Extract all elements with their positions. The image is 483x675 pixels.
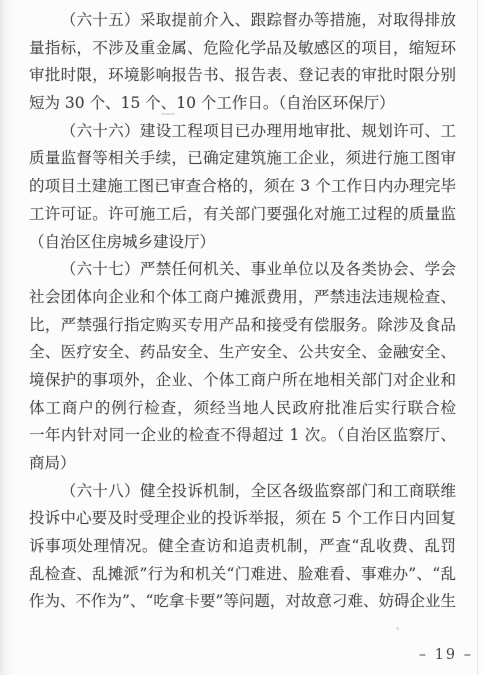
paragraph-section-67: （六十七）严禁任何机关、事业单位以及各类协会、学会等 社会团体向企业和个体工商户… [29, 256, 456, 478]
paragraph-line: （六十六）建设工程项目已办理用地审批、规划许可、工程 [29, 118, 456, 146]
scan-artifact-dash [161, 113, 175, 115]
paragraph-section-68: （六十八）健全投诉机制，全区各级监察部门和工商联维权 投诉中心要及时受理企业的投… [29, 478, 456, 616]
paragraph-line: 审批时限，环境影响报告书、报告表、登记表的审批时限分别缩 [29, 62, 456, 90]
paragraph-line: 体工商户的例行检查，须经当地人民政府批准后实行联合检查， [29, 395, 456, 423]
paragraph-line: 境保护的事项外，企业、个体工商户所在地相关部门对企业和个 [29, 367, 456, 395]
paragraph-line: 短为 30 个、15 个、10 个工作日。（自治区环保厅） [29, 90, 456, 118]
paragraph-line: 全、医疗安全、药品安全、生产安全、公共安全、金融安全、环 [29, 339, 456, 367]
document-text-block: （六十五）采取提前介入、跟踪督办等措施，对取得排放总 量指标，不涉及重金属、危险… [29, 7, 456, 616]
paragraph-line: 诉事项处理情况。健全查访和追责机制，严查“乱收费、乱罚款、 [29, 533, 456, 561]
paragraph-section-65: （六十五）采取提前介入、跟踪督办等措施，对取得排放总 量指标，不涉及重金属、危险… [29, 7, 456, 118]
page-number: – 19 – [419, 645, 473, 665]
paragraph-line: （六十五）采取提前介入、跟踪督办等措施，对取得排放总 [29, 7, 456, 35]
scan-edge-line [477, 0, 478, 675]
scan-artifact-dot [396, 627, 399, 630]
paragraph-line: （自治区住房城乡建设厅） [29, 229, 456, 257]
paragraph-line: 质量监督等相关手续，已确定建筑施工企业，须进行施工图审查 [29, 145, 456, 173]
paragraph-line: 社会团体向企业和个体工商户摊派费用，严禁违法违规检查、评 [29, 284, 456, 312]
paragraph-line: （六十七）严禁任何机关、事业单位以及各类协会、学会等 [29, 256, 456, 284]
paragraph-line: 量指标，不涉及重金属、危险化学品及敏感区的项目，缩短环评 [29, 35, 456, 63]
paragraph-line: 一年内针对同一企业的检查不得超过 1 次。（自治区监察厅、工 [29, 422, 456, 450]
paragraph-line: 工许可证。许可施工后，有关部门要强化对施工过程的质量监管。 [29, 201, 456, 229]
paragraph-line: 比，严禁强行指定购买专用产品和接受有偿服务。除涉及食品安 [29, 312, 456, 340]
paragraph-line: （六十八）健全投诉机制，全区各级监察部门和工商联维权 [29, 478, 456, 506]
scanned-document-page: （六十五）采取提前介入、跟踪督办等措施，对取得排放总 量指标，不涉及重金属、危险… [0, 0, 483, 675]
paragraph-line: 作为、不作为”、“吃拿卡要”等问题，对故意刁难、妨碍企业生 [29, 588, 456, 616]
paragraph-line: 的项目土建施工图已审查合格的，须在 3 个工作日内办理完毕施 [29, 173, 456, 201]
paragraph-section-66: （六十六）建设工程项目已办理用地审批、规划许可、工程 质量监督等相关手续，已确定… [29, 118, 456, 256]
paragraph-line: 乱检查、乱摊派”行为和机关“门难进、脸难看、事难办”、“乱 [29, 561, 456, 589]
paragraph-line: 投诉中心要及时受理企业的投诉举报，须在 5 个工作日内回复投 [29, 505, 456, 533]
paragraph-line: 商局） [29, 450, 456, 478]
